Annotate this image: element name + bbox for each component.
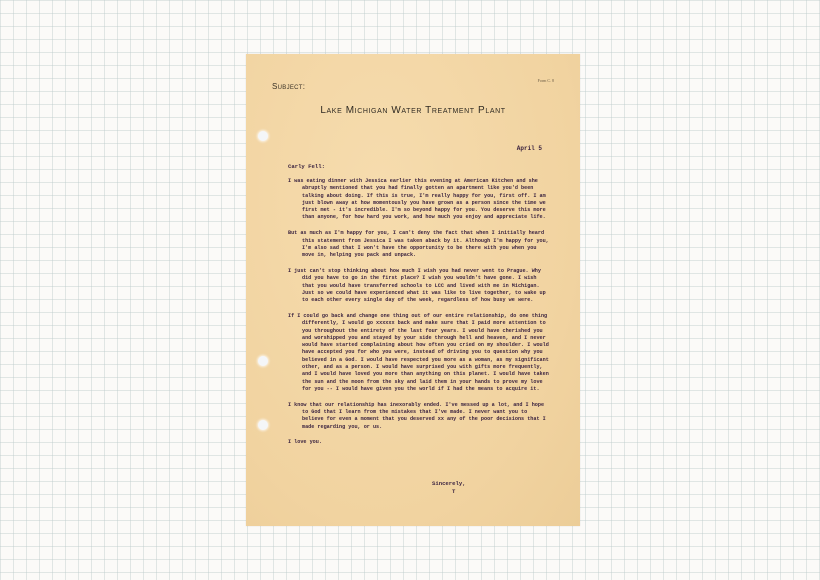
paragraph: I just can't stop thinking about how muc…: [288, 268, 550, 304]
letter-body: I was eating dinner with Jessica earlier…: [288, 178, 550, 455]
signature-initial: T: [432, 488, 466, 496]
closing-text: Sincerely,: [432, 480, 466, 487]
paragraph: I love you.: [288, 439, 550, 446]
paragraph: But as much as I'm happy for you, I can'…: [288, 230, 550, 259]
hole-punch: [258, 420, 268, 430]
hole-punch: [258, 356, 268, 366]
hole-punch: [258, 131, 268, 141]
letter-page: Subject: Form C. 8 Lake Michigan Water T…: [246, 54, 580, 526]
form-number: Form C. 8: [538, 78, 554, 83]
subject-label: Subject:: [272, 82, 305, 91]
letterhead-title: Lake Michigan Water Treatment Plant: [246, 105, 580, 116]
paragraph: I know that our relationship has inexora…: [288, 402, 550, 431]
closing-block: Sincerely, T: [432, 480, 466, 496]
letter-date: April 5: [517, 145, 542, 152]
paragraph: I was eating dinner with Jessica earlier…: [288, 178, 550, 222]
paragraph: If I could go back and change one thing …: [288, 313, 550, 393]
salutation: Carly Fell:: [288, 163, 325, 170]
